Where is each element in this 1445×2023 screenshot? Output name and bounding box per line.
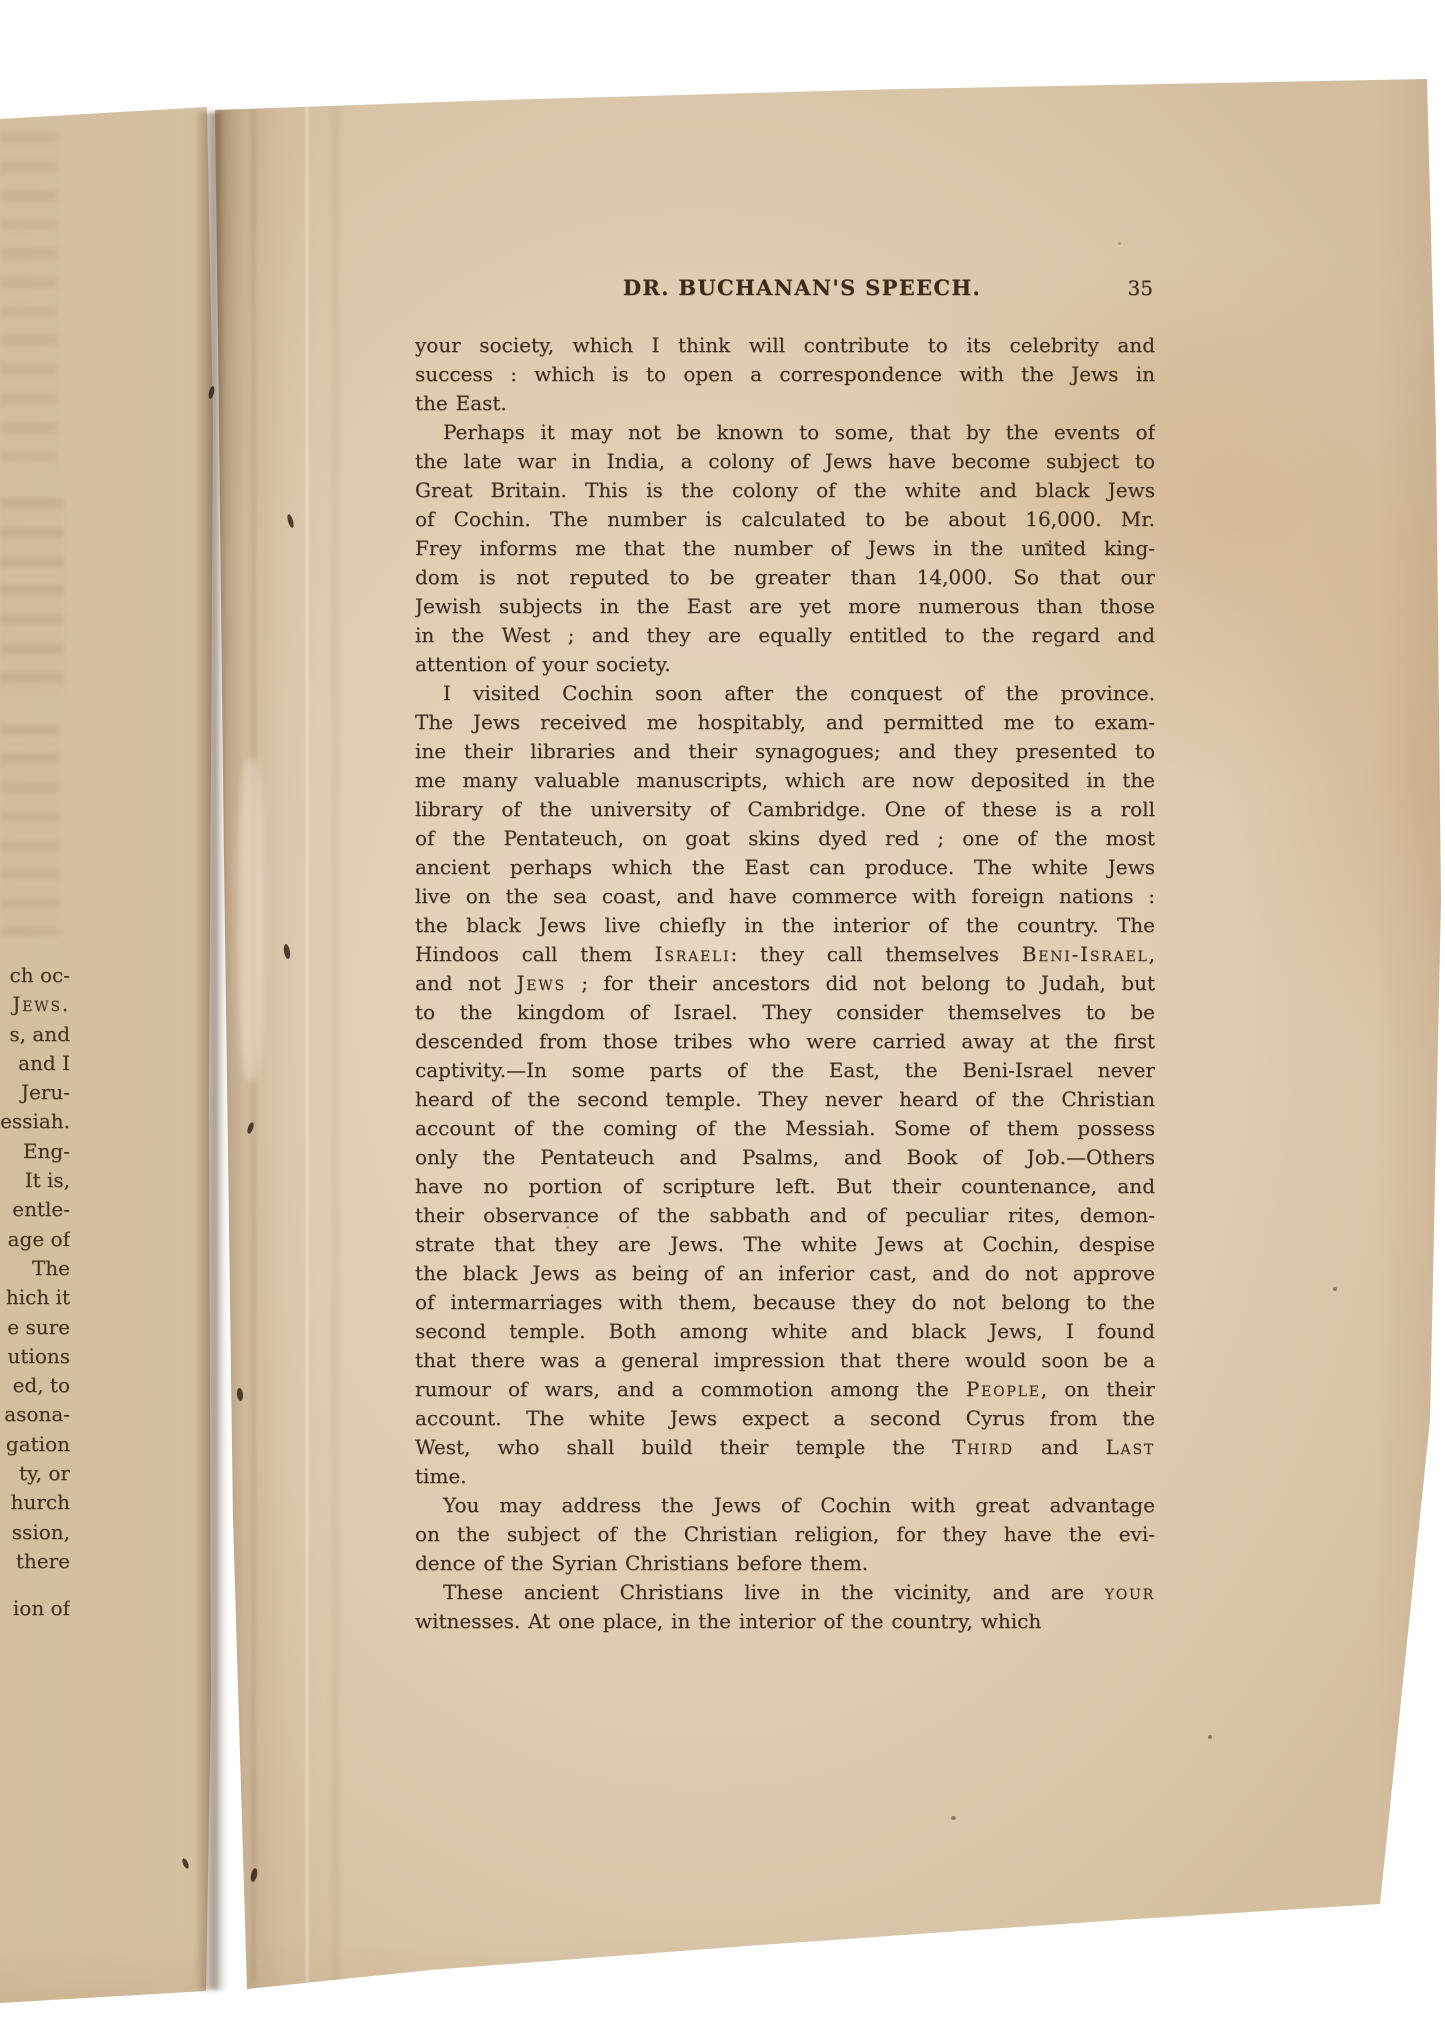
left-page-fragment-line: gation (0, 1430, 70, 1459)
left-page-fragment-line: Eng- (0, 1137, 70, 1166)
text-line: the East. (415, 389, 1155, 418)
left-page-fragment-line: essiah. (0, 1107, 70, 1136)
text-line: Frey informs me that the number of Jews … (415, 534, 1155, 563)
foxing-speck (1208, 1735, 1212, 1739)
fold-crease (238, 760, 264, 1080)
text-line: You may address the Jews of Cochin with … (415, 1491, 1155, 1520)
left-page-fragment-line: hich it (0, 1283, 70, 1312)
text-line: West, who shall build their temple the T… (415, 1433, 1155, 1462)
text-line: descended from those tribes who were car… (415, 1027, 1155, 1056)
text-line: heard of the second temple. They never h… (415, 1085, 1155, 1114)
fold-crease (306, 88, 308, 1984)
text-line: of Cochin. The number is calculated to b… (415, 505, 1155, 534)
text-line: on the subject of the Christian religion… (415, 1520, 1155, 1549)
text-line: that there was a general impression that… (415, 1346, 1155, 1375)
left-page-showthrough (0, 132, 58, 472)
left-page-fragment-line: and I (0, 1049, 70, 1078)
left-page-fragment-line: s, and (0, 1020, 70, 1049)
left-page-fragment-line: Jeru- (0, 1078, 70, 1107)
text-line: The Jews received me hospitably, and per… (415, 708, 1155, 737)
left-page-fragment-line: age of (0, 1225, 70, 1254)
left-page-showthrough (0, 498, 64, 698)
left-page-fragment-line: ed, to (0, 1371, 70, 1400)
left-page-fragment-line: It is, (0, 1166, 70, 1195)
text-line: Jewish subjects in the East are yet more… (415, 592, 1155, 621)
left-page-fragment-line: e sure (0, 1313, 70, 1342)
page-number: 35 (1128, 276, 1153, 300)
text-line: second temple. Both among white and blac… (415, 1317, 1155, 1346)
foxing-speck (566, 1226, 569, 1229)
text-line: I visited Cochin soon after the conquest… (415, 679, 1155, 708)
text-line: library of the university of Cambridge. … (415, 795, 1155, 824)
text-line: account of the coming of the Messiah. So… (415, 1114, 1155, 1143)
left-page-fragment-line: asona- (0, 1400, 70, 1429)
text-line: the black Jews as being of an inferior c… (415, 1259, 1155, 1288)
left-page-fragment-line: entle- (0, 1195, 70, 1224)
left-page-fragment-line: ssion, (0, 1518, 70, 1547)
text-line: live on the sea coast, and have commerce… (415, 882, 1155, 911)
text-line: dom is not reputed to be greater than 14… (415, 563, 1155, 592)
right-page: DR. BUCHANAN'S SPEECH. 35 your society, … (0, 0, 1445, 2023)
left-page-fragment-line: ch oc- (0, 961, 70, 990)
left-page-fragment-line: The (0, 1254, 70, 1283)
left-page-fragment-line: ion of (0, 1594, 70, 1623)
text-line: attention of your society. (415, 650, 1155, 679)
text-line: dence of the Syrian Christians before th… (415, 1549, 1155, 1578)
text-line: witnesses. At one place, in the interior… (415, 1607, 1155, 1636)
text-line: only the Pentateuch and Psalms, and Book… (415, 1143, 1155, 1172)
text-line: their observance of the sabbath and of p… (415, 1201, 1155, 1230)
text-line: These ancient Christians live in the vic… (415, 1578, 1155, 1607)
text-line: rumour of wars, and a commotion among th… (415, 1375, 1155, 1404)
left-page-fragment-line: utions (0, 1342, 70, 1371)
foxing-speck (1118, 242, 1121, 245)
paragraph: You may address the Jews of Cochin with … (415, 1491, 1155, 1578)
paragraph: Perhaps it may not be known to some, tha… (415, 418, 1155, 679)
text-line: of the Pentateuch, on goat skins dyed re… (415, 824, 1155, 853)
left-page-fragment-line: Jews. (0, 990, 70, 1019)
text-line: have no portion of scripture left. But t… (415, 1172, 1155, 1201)
text-line: success : which is to open a corresponde… (415, 360, 1155, 389)
page-header: DR. BUCHANAN'S SPEECH. 35 (415, 275, 1155, 305)
foxing-speck (951, 1816, 956, 1820)
text-line: the black Jews live chiefly in the inter… (415, 911, 1155, 940)
text-line: the late war in India, a colony of Jews … (415, 447, 1155, 476)
foxing-speck (1333, 1287, 1337, 1291)
text-line: Hindoos call them Israeli: they call the… (415, 940, 1155, 969)
text-line: to the kingdom of Israel. They consider … (415, 998, 1155, 1027)
left-page-showthrough (0, 724, 60, 936)
text-line: captivity.—In some parts of the East, th… (415, 1056, 1155, 1085)
left-page-fragment-line: ty, or (0, 1459, 70, 1488)
left-page-fragment-line: hurch (0, 1488, 70, 1517)
text-line: Perhaps it may not be known to some, tha… (415, 418, 1155, 447)
text-line: Great Britain. This is the colony of the… (415, 476, 1155, 505)
text-line: me many valuable manuscripts, which are … (415, 766, 1155, 795)
fold-crease (252, 92, 255, 1982)
text-line: and not Jews ; for their ancestors did n… (415, 969, 1155, 998)
paragraph: I visited Cochin soon after the conquest… (415, 679, 1155, 1491)
text-line: ancient perhaps which the East can produ… (415, 853, 1155, 882)
text-line: time. (415, 1462, 1155, 1491)
left-page-text-fragments: ch oc-Jews.s, andand IJeru-essiah.Eng-It… (0, 961, 70, 1624)
book-photo: ch oc-Jews.s, andand IJeru-essiah.Eng-It… (0, 0, 1445, 2023)
text-line: account. The white Jews expect a second … (415, 1404, 1155, 1433)
page-title: DR. BUCHANAN'S SPEECH. (415, 275, 1155, 300)
text-line: in the West ; and they are equally entit… (415, 621, 1155, 650)
text-body: your society, which I think will contrib… (415, 331, 1155, 1636)
text-line: of intermarriages with them, because the… (415, 1288, 1155, 1317)
text-line: ine their libraries and their synagogues… (415, 737, 1155, 766)
paragraph: These ancient Christians live in the vic… (415, 1578, 1155, 1636)
text-line: your society, which I think will contrib… (415, 331, 1155, 360)
text-line: strate that they are Jews. The white Jew… (415, 1230, 1155, 1259)
paragraph: your society, which I think will contrib… (415, 331, 1155, 418)
left-page-fragment-line: there (0, 1547, 70, 1576)
fold-crease (332, 86, 339, 1986)
